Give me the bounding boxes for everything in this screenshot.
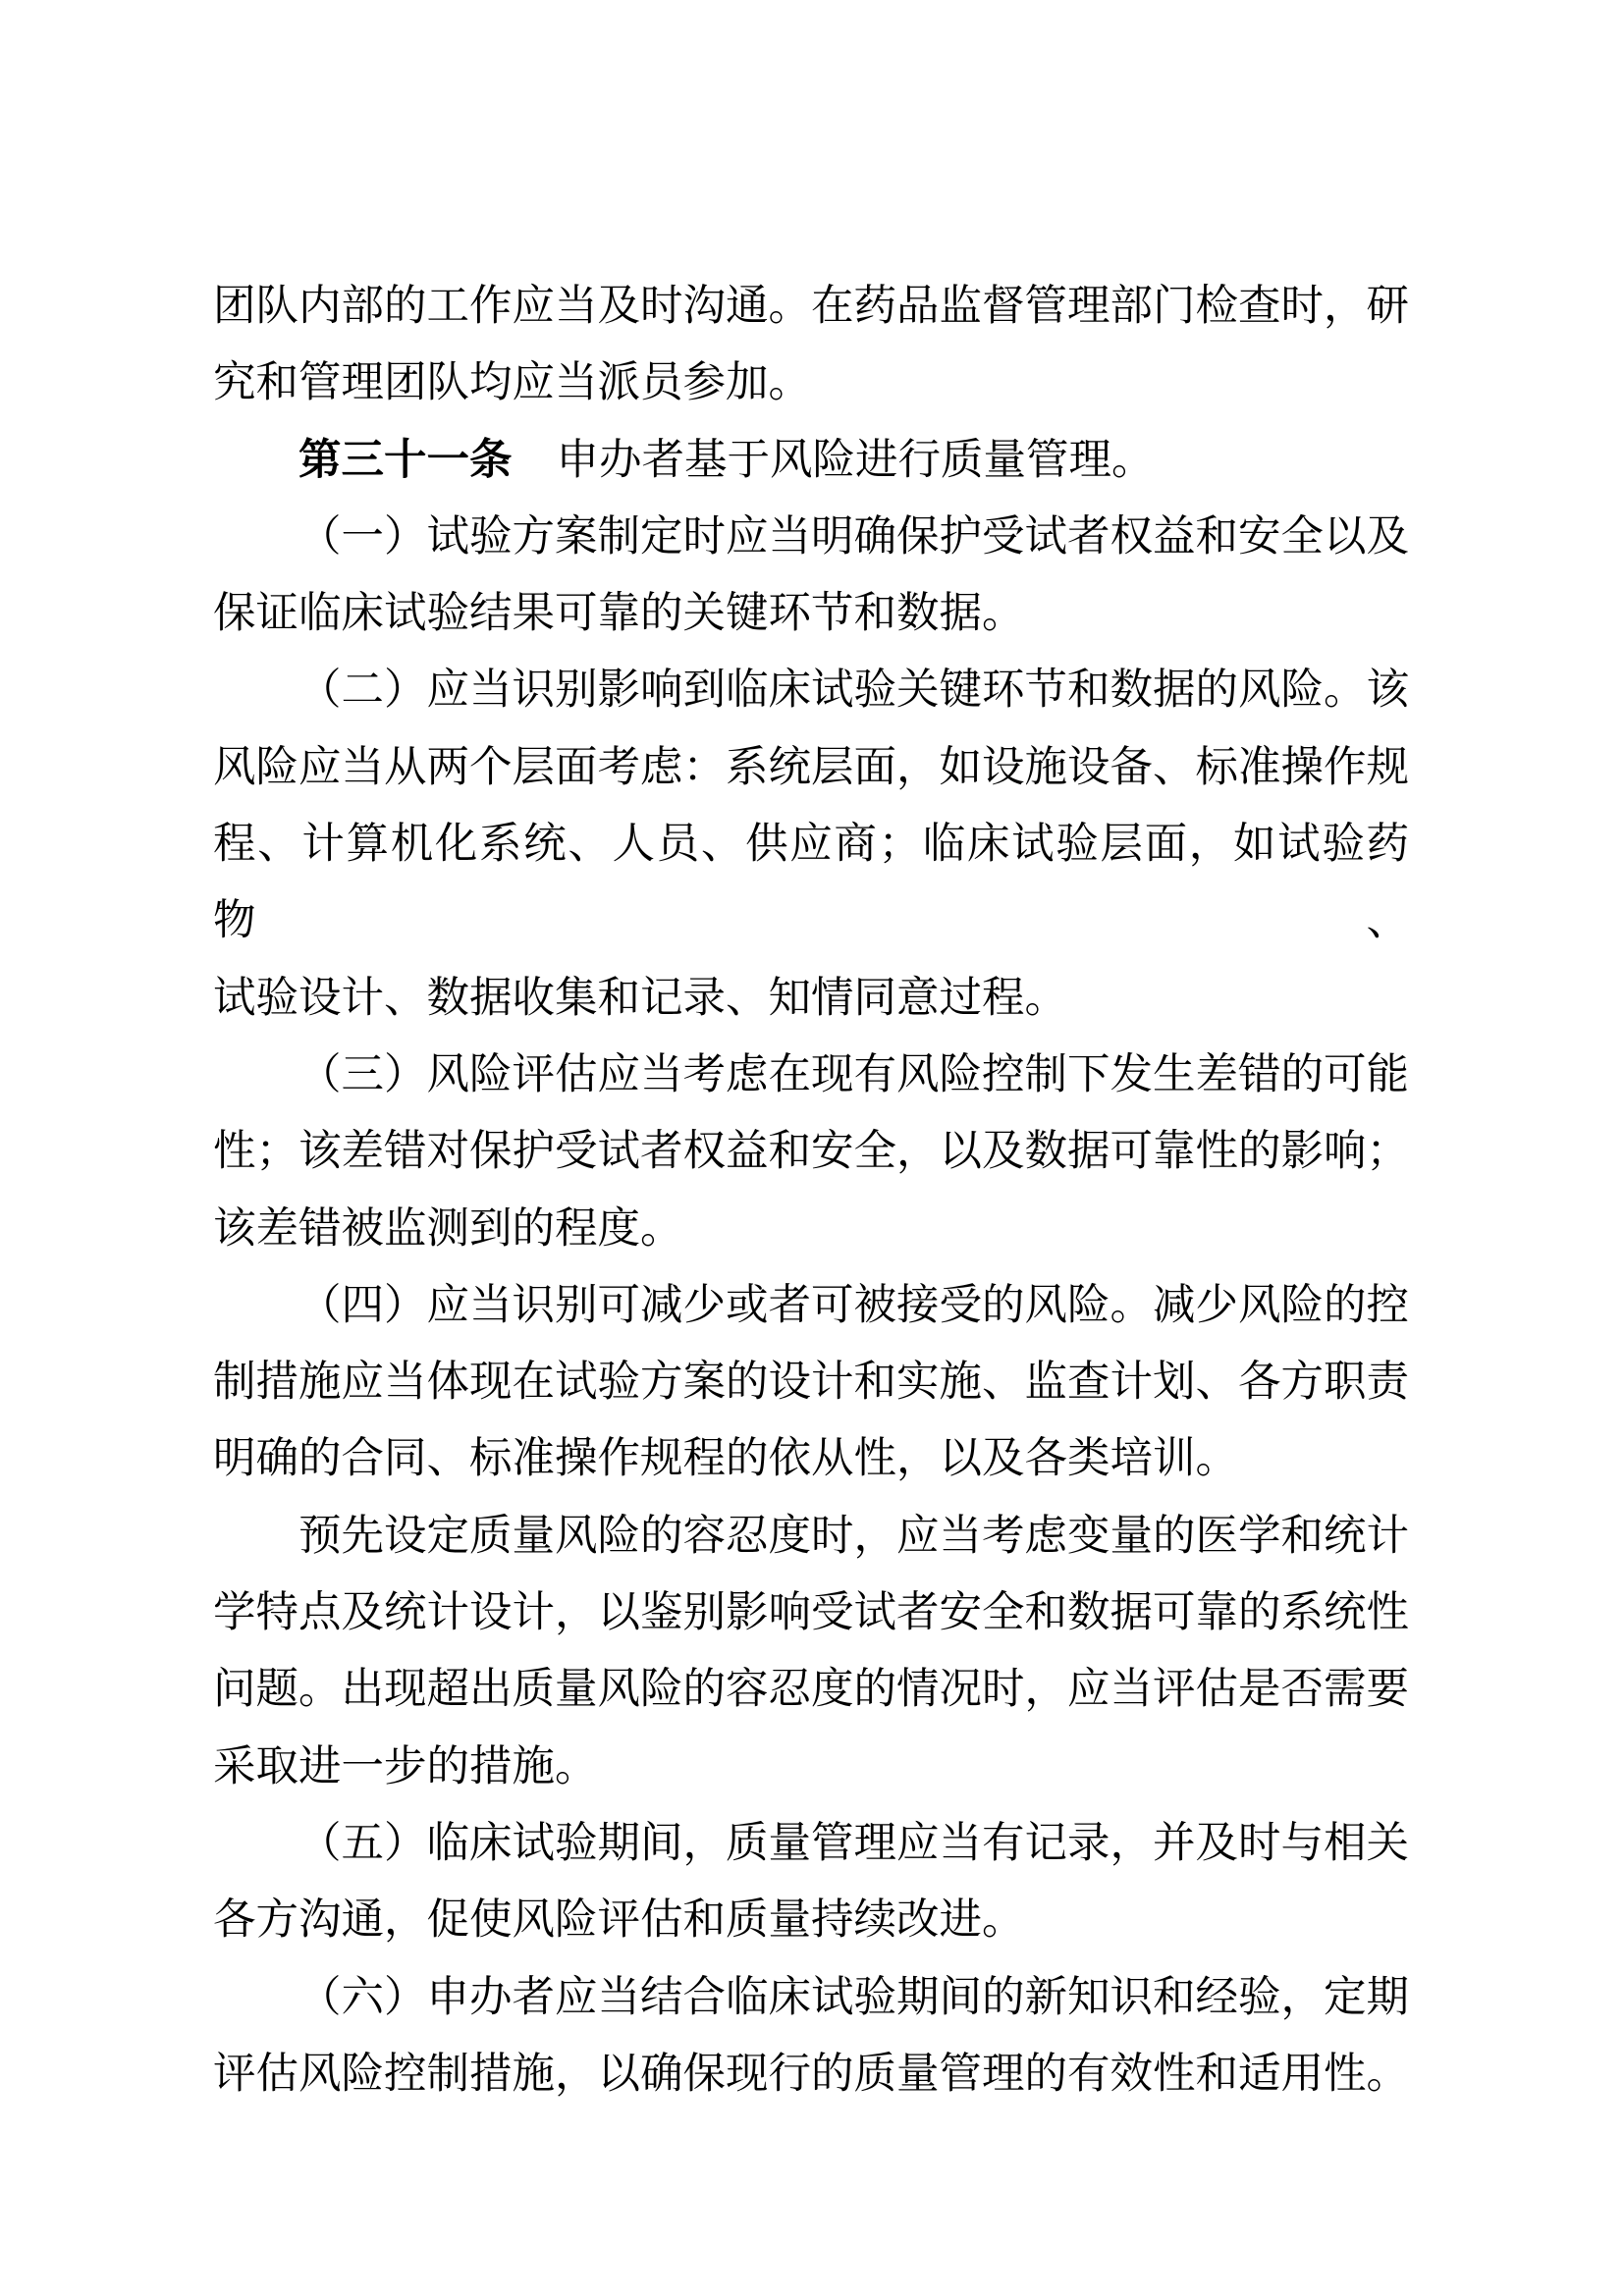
line-text: （一）试验方案制定时应当明确保护受试者权益和安全以及 — [298, 513, 1409, 561]
line-text: （二）应当识别影响到临床试验关键环节和数据的风险。该 — [298, 667, 1409, 714]
line-text: 申办者基于风险进行质量管理。 — [557, 437, 1155, 484]
text-line: 各方沟通，促使风险评估和质量持续改进。 — [213, 1882, 1409, 1958]
line-text: 问题。出现超出质量风险的容忍度的情况时，应当评估是否需要 — [213, 1666, 1409, 1713]
text-line: 风险应当从两个层面考虑：系统层面，如设施设备、标准操作规 — [213, 729, 1409, 806]
text-line: 保证临床试验结果可靠的关键环节和数据。 — [213, 575, 1409, 652]
text-line: 采取进一步的措施。 — [213, 1729, 1409, 1805]
line-text: 保证临床试验结果可靠的关键环节和数据。 — [213, 590, 1025, 637]
text-line: 问题。出现超出质量风险的容忍度的情况时，应当评估是否需要 — [213, 1651, 1409, 1728]
document-page: 团队内部的工作应当及时沟通。在药品监督管理部门检查时，研究和管理团队均应当派员参… — [0, 0, 1624, 2296]
line-text: 风险应当从两个层面考虑：系统层面，如设施设备、标准操作规 — [213, 744, 1409, 791]
text-line: 预先设定质量风险的容忍度时，应当考虑变量的医学和统计 — [213, 1498, 1409, 1575]
text-line: 评估风险控制措施，以确保现行的质量管理的有效性和适用性。 — [213, 2036, 1409, 2112]
line-text: （四）应当识别可减少或者可被接受的风险。减少风险的控 — [298, 1282, 1409, 1329]
line-text: 采取进一步的措施。 — [213, 1743, 598, 1790]
text-line: 明确的合同、标准操作规程的依从性，以及各类培训。 — [213, 1420, 1409, 1497]
text-line: （三）风险评估应当考虑在现有风险控制下发生差错的可能 — [213, 1037, 1409, 1113]
text-line: （一）试验方案制定时应当明确保护受试者权益和安全以及 — [213, 499, 1409, 575]
line-text: 制措施应当体现在试验方案的设计和实施、监查计划、各方职责 — [213, 1359, 1409, 1406]
line-text: （六）申办者应当结合临床试验期间的新知识和经验，定期 — [298, 1974, 1409, 2021]
line-text: 明确的合同、标准操作规程的依从性，以及各类培训。 — [213, 1435, 1238, 1482]
text-line: 程、计算机化系统、人员、供应商；临床试验层面，如试验药物、 — [213, 806, 1409, 960]
article-heading-line: 第三十一条申办者基于风险进行质量管理。 — [213, 422, 1409, 499]
line-text: （五）临床试验期间，质量管理应当有记录，并及时与相关 — [298, 1820, 1409, 1867]
line-text: 究和管理团队均应当派员参加。 — [213, 359, 811, 406]
line-text: 预先设定质量风险的容忍度时，应当考虑变量的医学和统计 — [298, 1513, 1409, 1560]
text-line: （二）应当识别影响到临床试验关键环节和数据的风险。该 — [213, 652, 1409, 728]
text-line: 制措施应当体现在试验方案的设计和实施、监查计划、各方职责 — [213, 1344, 1409, 1420]
text-line: （六）申办者应当结合临床试验期间的新知识和经验，定期 — [213, 1959, 1409, 2036]
line-text: 试验设计、数据收集和记录、知情同意过程。 — [213, 975, 1067, 1022]
line-text: 学特点及统计设计，以鉴别影响受试者安全和数据可靠的系统性 — [213, 1589, 1409, 1636]
line-text: 各方沟通，促使风险评估和质量持续改进。 — [213, 1896, 1025, 1944]
line-text: 该差错被监测到的程度。 — [213, 1205, 683, 1253]
text-line: 性；该差错对保护受试者权益和安全，以及数据可靠性的影响； — [213, 1113, 1409, 1190]
text-line: 试验设计、数据收集和记录、知情同意过程。 — [213, 960, 1409, 1037]
text-line: 该差错被监测到的程度。 — [213, 1191, 1409, 1267]
text-line: 究和管理团队均应当派员参加。 — [213, 345, 1409, 421]
article-number: 第三十一条 — [298, 437, 513, 484]
text-line: 团队内部的工作应当及时沟通。在药品监督管理部门检查时，研 — [213, 268, 1409, 345]
line-text: 程、计算机化系统、人员、供应商；临床试验层面，如试验药物、 — [213, 821, 1409, 944]
line-text: 性；该差错对保护受试者权益和安全，以及数据可靠性的影响； — [213, 1128, 1409, 1175]
line-text: 评估风险控制措施，以确保现行的质量管理的有效性和适用性。 — [213, 2051, 1409, 2098]
text-line: 学特点及统计设计，以鉴别影响受试者安全和数据可靠的系统性 — [213, 1575, 1409, 1651]
line-text: （三）风险评估应当考虑在现有风险控制下发生差错的可能 — [298, 1051, 1409, 1098]
text-line: （五）临床试验期间，质量管理应当有记录，并及时与相关 — [213, 1805, 1409, 1882]
document-text: 团队内部的工作应当及时沟通。在药品监督管理部门检查时，研究和管理团队均应当派员参… — [213, 268, 1409, 2112]
line-text: 团队内部的工作应当及时沟通。在药品监督管理部门检查时，研 — [213, 283, 1409, 330]
text-line: （四）应当识别可减少或者可被接受的风险。减少风险的控 — [213, 1267, 1409, 1344]
